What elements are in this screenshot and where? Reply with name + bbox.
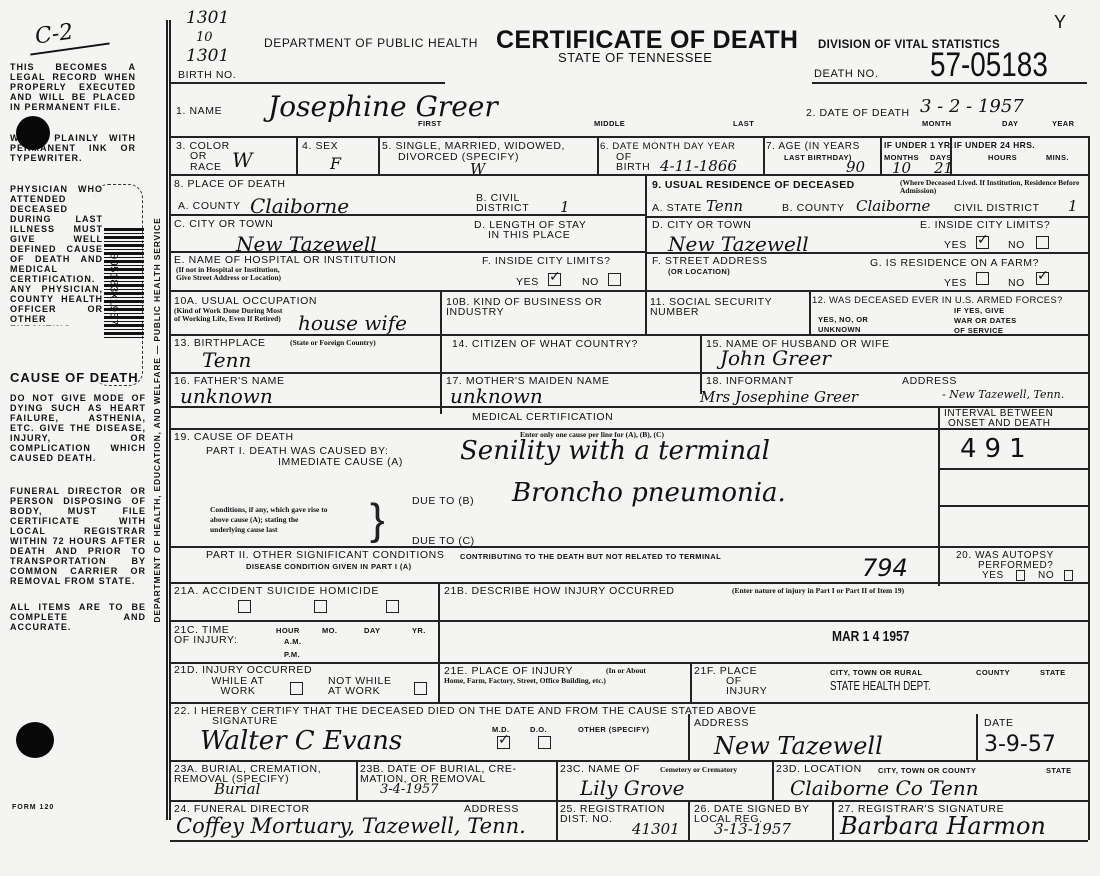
farm-no-label: NO: [1008, 278, 1025, 289]
place-of-injury-f-c: INJURY: [726, 686, 767, 697]
name-value: Josephine Greer: [268, 90, 498, 123]
armed-sub-a: YES, NO, OR: [818, 315, 868, 324]
name-sub-first: FIRST: [418, 119, 442, 128]
suicide-checkbox[interactable]: [314, 600, 327, 613]
divider: [938, 406, 940, 586]
birth-no-underline: [170, 82, 445, 84]
inside-city-yes-checkbox[interactable]: [548, 273, 561, 286]
name-sub-last: LAST: [733, 119, 754, 128]
row-line-2: [170, 174, 1088, 176]
age-label-b: LAST BIRTHDAY): [784, 153, 852, 162]
res-inside-no-label: NO: [1008, 240, 1025, 251]
punch-hole-bottom: [16, 722, 54, 758]
usual-residence-label: 9. USUAL RESIDENCE OF DECEASED: [652, 180, 855, 191]
time-injury-label-b: OF INJURY:: [174, 635, 238, 646]
autopsy-no-checkbox[interactable]: [1064, 570, 1073, 581]
marital-label-b: DIVORCED (SPECIFY): [398, 152, 519, 163]
do-label: D.O.: [530, 725, 547, 734]
date-of-death-label: 2. DATE OF DEATH: [806, 108, 910, 119]
dod-sub-year: YEAR: [1052, 119, 1074, 128]
corner-mark: Y: [1054, 12, 1066, 33]
do-checkbox[interactable]: [538, 736, 551, 749]
row-line: [938, 505, 1088, 507]
row-line-3: [170, 290, 1088, 292]
dob-label-c: BIRTH: [616, 162, 650, 173]
dob-value: 4-11-1866: [660, 157, 737, 175]
city-label: C. CITY OR TOWN: [174, 219, 273, 230]
notice-physician: PHYSICIAN WHO ATTENDED DECEASED DURING L…: [10, 184, 103, 326]
inside-city-no-checkbox[interactable]: [608, 273, 621, 286]
death-no-label: DEATH NO.: [814, 69, 878, 80]
received-stamp: MAR 1 4 1957: [832, 628, 909, 645]
county-label: A. COUNTY: [178, 201, 241, 212]
while-work-checkbox[interactable]: [290, 682, 303, 695]
divider: [688, 800, 690, 840]
row-line-5: [170, 372, 1088, 374]
row-line-13: [170, 840, 1088, 842]
spouse-value: John Greer: [720, 346, 831, 370]
county-col-label: COUNTY: [976, 668, 1010, 677]
location-label: 23D. LOCATION: [776, 764, 862, 775]
autopsy-yes-label: YES: [982, 570, 1004, 581]
burial-value: Burial: [214, 780, 260, 798]
hospital-note: (If not in Hospital or Institution, Give…: [176, 266, 291, 282]
sex-label: 4. SEX: [302, 141, 338, 152]
physician-address-label: ADDRESS: [694, 718, 749, 729]
father-value: unknown: [180, 384, 273, 408]
divider: [688, 714, 690, 760]
inside-no-label: NO: [582, 277, 599, 288]
row-line: [645, 216, 1088, 218]
dod-sub-day: DAY: [1002, 119, 1018, 128]
birth-no-label: BIRTH NO.: [178, 70, 236, 81]
part1-label-b: IMMEDIATE CAUSE (A): [278, 457, 403, 468]
state-health-dept-stamp: STATE HEALTH DEPT.: [830, 678, 931, 693]
cemetery-value: Lily Grove: [580, 776, 684, 800]
res-state-label: A. STATE: [652, 203, 702, 214]
interval-value: 491: [960, 434, 1034, 464]
res-county-label: B. COUNTY: [782, 203, 845, 214]
cause-of-death-label: 19. CAUSE OF DEATH: [174, 432, 294, 443]
divider: [976, 714, 978, 760]
divider: [690, 662, 692, 702]
hour-label: HOUR: [276, 626, 300, 635]
birth-no-value-3: 1301: [186, 46, 229, 66]
age-label-a: 7. AGE (IN YEARS: [766, 141, 860, 152]
birthplace-value: Tenn: [202, 348, 251, 372]
divider: [378, 136, 380, 174]
date-of-death-value: 3 - 2 - 1957: [920, 96, 1024, 117]
name-sub-middle: MIDDLE: [594, 119, 625, 128]
yr-label: YR.: [412, 626, 426, 635]
date-signed-value: 3-13-1957: [714, 820, 791, 838]
notice-funeral-director: FUNERAL DIRECTOR OR PERSON DISPOSING OF …: [10, 486, 146, 586]
res-inside-no-checkbox[interactable]: [1036, 236, 1049, 249]
divider: [440, 290, 442, 334]
row-line: [170, 620, 1088, 622]
injury-how-label: 21B. DESCRIBE HOW INJURY OCCURRED: [444, 586, 675, 597]
form-right-border: [1088, 136, 1090, 840]
divider: [809, 290, 811, 334]
divider: [772, 760, 774, 800]
usual-residence-note: (Where Deceased Lived. If Institution, R…: [900, 179, 1090, 195]
inside-city-label: F. INSIDE CITY LIMITS?: [482, 256, 611, 267]
margin-code: C-2: [33, 19, 74, 49]
form-number: FORM 120: [12, 804, 54, 811]
street-address-label: F. STREET ADDRESS: [652, 256, 768, 267]
place-injury-note-b: Home, Farm, Factory, Street, Office Buil…: [444, 677, 606, 685]
armed-sub-c: IF YES, GIVE: [954, 306, 1005, 315]
injury-how-note: (Enter nature of injury in Part I or Par…: [732, 587, 904, 595]
birthplace-note: (State or Foreign Country): [290, 339, 376, 347]
am-label: A.M.: [284, 637, 301, 646]
divider: [880, 136, 882, 174]
accident-label: 21A. ACCIDENT SUICIDE HOMICIDE: [174, 586, 379, 597]
cause-of-death-heading: CAUSE OF DEATH: [10, 370, 139, 385]
divider: [556, 800, 558, 840]
armed-forces-label: 12. WAS DECEASED EVER IN U.S. ARMED FORC…: [812, 295, 1063, 306]
part2-label-b: CONTRIBUTING TO THE DEATH BUT NOT RELATE…: [460, 552, 721, 561]
divider: [763, 136, 765, 174]
res-inside-yes-checkbox[interactable]: [976, 236, 989, 249]
vertical-department-text: DEPARTMENT OF HEALTH, EDUCATION, AND WEL…: [152, 190, 162, 650]
business-label-b: INDUSTRY: [446, 307, 504, 318]
divider: [438, 582, 440, 702]
due-to-b-label: DUE TO (B): [412, 496, 474, 507]
notice-cause: DO NOT GIVE MODE OF DYING SUCH AS HEART …: [10, 393, 146, 463]
birth-no-value-2: 10: [196, 30, 213, 45]
cause-b-value: Broncho pneumonia.: [512, 478, 786, 508]
form-left-border-inner: [169, 20, 171, 820]
cemetery-note: Cemetery or Crematory: [660, 766, 737, 774]
informant-address-label: ADDRESS: [902, 376, 957, 387]
physician-signature: Walter C Evans: [200, 726, 402, 756]
mins-label: MINS.: [1046, 153, 1069, 162]
res-county-value: Claiborne: [856, 197, 930, 215]
row-line: [170, 251, 645, 253]
farm-label: G. IS RESIDENCE ON A FARM?: [870, 258, 1039, 269]
death-number: 57-05183: [930, 46, 1048, 85]
row-line-10: [170, 702, 1088, 704]
part2-label-a: PART II. OTHER SIGNIFICANT CONDITIONS: [206, 550, 444, 561]
pm-label: P.M.: [284, 650, 300, 659]
row-line-11: [170, 760, 1088, 762]
registration-label-b: DIST. NO.: [560, 814, 613, 825]
location-cols: CITY, TOWN OR COUNTY: [878, 766, 976, 775]
accident-checkbox[interactable]: [238, 600, 251, 613]
farm-yes-checkbox[interactable]: [976, 272, 989, 285]
registrar-signature: Barbara Harmon: [840, 812, 1046, 840]
divider: [440, 334, 442, 414]
informant-value: Mrs Josephine Greer: [700, 388, 858, 406]
divider: [556, 760, 558, 800]
row-line: [170, 214, 645, 216]
while-work-label: WHILE AT WORK: [206, 676, 270, 696]
medical-certification-heading: MEDICAL CERTIFICATION: [472, 412, 613, 423]
row-line-12: [170, 800, 1088, 802]
place-of-death-label: 8. PLACE OF DEATH: [174, 179, 286, 190]
row-line-4: [170, 334, 1088, 336]
city-col-label: CITY, TOWN OR RURAL: [830, 668, 922, 677]
stay-label-b: IN THIS PLACE: [488, 230, 570, 241]
name-label: 1. NAME: [176, 106, 222, 117]
barcode-number: 005183X1957: [106, 253, 118, 326]
ssn-label-b: NUMBER: [650, 307, 699, 318]
funeral-director-value: Coffey Mortuary, Tazewell, Tenn.: [176, 814, 526, 838]
hours-label: HOURS: [988, 153, 1017, 162]
not-while-work-checkbox[interactable]: [414, 682, 427, 695]
informant-address-value: - New Tazewell, Tenn.: [942, 388, 1064, 401]
mo-label: MO.: [322, 626, 337, 635]
divider: [296, 136, 298, 174]
homicide-checkbox[interactable]: [386, 600, 399, 613]
sex-value: F: [330, 154, 341, 173]
burial-date-value: 3-4-1957: [380, 782, 438, 797]
res-district-label: CIVIL DISTRICT: [954, 203, 1040, 214]
birth-no-value-1: 1301: [186, 8, 229, 28]
other-label: OTHER (SPECIFY): [578, 725, 649, 734]
divider: [645, 174, 647, 290]
state-name: STATE OF TENNESSEE: [558, 52, 713, 63]
civil-district-label-b: DISTRICT: [476, 203, 529, 214]
location-value: Claiborne Co Tenn: [790, 776, 979, 800]
form-left-border: [166, 20, 168, 820]
state-col-label: STATE: [1040, 668, 1065, 677]
department-name: DEPARTMENT OF PUBLIC HEALTH: [264, 38, 478, 49]
under-1yr-label: IF UNDER 1 YR.: [884, 140, 953, 150]
res-inside-yes-label: YES: [944, 240, 967, 251]
not-while-work-label: NOT WHILE AT WORK: [328, 676, 408, 696]
res-city-label: D. CITY OR TOWN: [652, 220, 751, 231]
inside-yes-label: YES: [516, 277, 539, 288]
brace-icon: }: [370, 495, 385, 545]
divider: [356, 760, 358, 800]
notice-legal-record: THIS BECOMES A LEGAL RECORD WHEN PROPERL…: [10, 62, 136, 112]
farm-no-checkbox[interactable]: [1036, 272, 1049, 285]
divider: [950, 136, 952, 174]
color-label-c: RACE: [190, 162, 222, 173]
cemetery-label: 23C. NAME OF: [560, 764, 640, 775]
physician-address: New Tazewell: [714, 732, 883, 760]
autopsy-no-label: NO: [1038, 570, 1054, 581]
armed-sub-b: UNKNOWN: [818, 325, 861, 334]
location-state: STATE: [1046, 766, 1071, 775]
under-24hrs-label: IF UNDER 24 HRS.: [954, 140, 1035, 150]
street-address-note: (OR LOCATION): [668, 267, 730, 276]
divider: [645, 290, 647, 334]
occupation-note: (Kind of Work Done During Most of Workin…: [174, 307, 284, 323]
cert-date: 3-9-57: [984, 732, 1056, 757]
divider: [597, 136, 599, 174]
row-line-9: [170, 582, 1088, 584]
citizen-label: 14. CITIZEN OF WHAT COUNTRY?: [452, 339, 638, 350]
part2-label-c: DISEASE CONDITION GIVEN IN PART I (A): [246, 562, 412, 571]
md-checkbox[interactable]: [497, 736, 510, 749]
res-inside-label: E. INSIDE CITY LIMITS?: [920, 220, 1050, 231]
day-label: DAY: [364, 626, 380, 635]
occupation-value: house wife: [298, 311, 407, 335]
cert-date-label: DATE: [984, 718, 1014, 729]
notice-all-items: ALL ITEMS ARE TO BE COMPLETE AND ACCURAT…: [10, 602, 146, 632]
farm-yes-label: YES: [944, 278, 967, 289]
cause-a-value: Senility with a terminal: [460, 436, 770, 466]
row-line: [938, 468, 1088, 470]
color-value: W: [232, 148, 253, 172]
row-line: [645, 252, 1088, 254]
dod-sub-month: MONTH: [922, 119, 952, 128]
res-state-value: Tenn: [706, 197, 743, 215]
punch-hole-top: [16, 116, 50, 150]
res-district-value: 1: [1068, 197, 1078, 215]
mother-value: unknown: [450, 384, 543, 408]
armed-sub-d: WAR OR DATES: [954, 316, 1017, 325]
death-no-underline: [812, 82, 1087, 84]
registration-value: 41301: [632, 820, 680, 838]
part2-code: 794: [862, 554, 908, 582]
autopsy-yes-checkbox[interactable]: [1016, 570, 1025, 581]
divider: [832, 800, 834, 840]
place-injury-note-a: (In or About: [606, 667, 646, 675]
informant-label: 18. INFORMANT: [706, 376, 794, 387]
divider: [700, 334, 702, 394]
row-line-8: [170, 546, 1088, 548]
conditions-note: Conditions, if any, which gave rise to a…: [210, 505, 330, 535]
